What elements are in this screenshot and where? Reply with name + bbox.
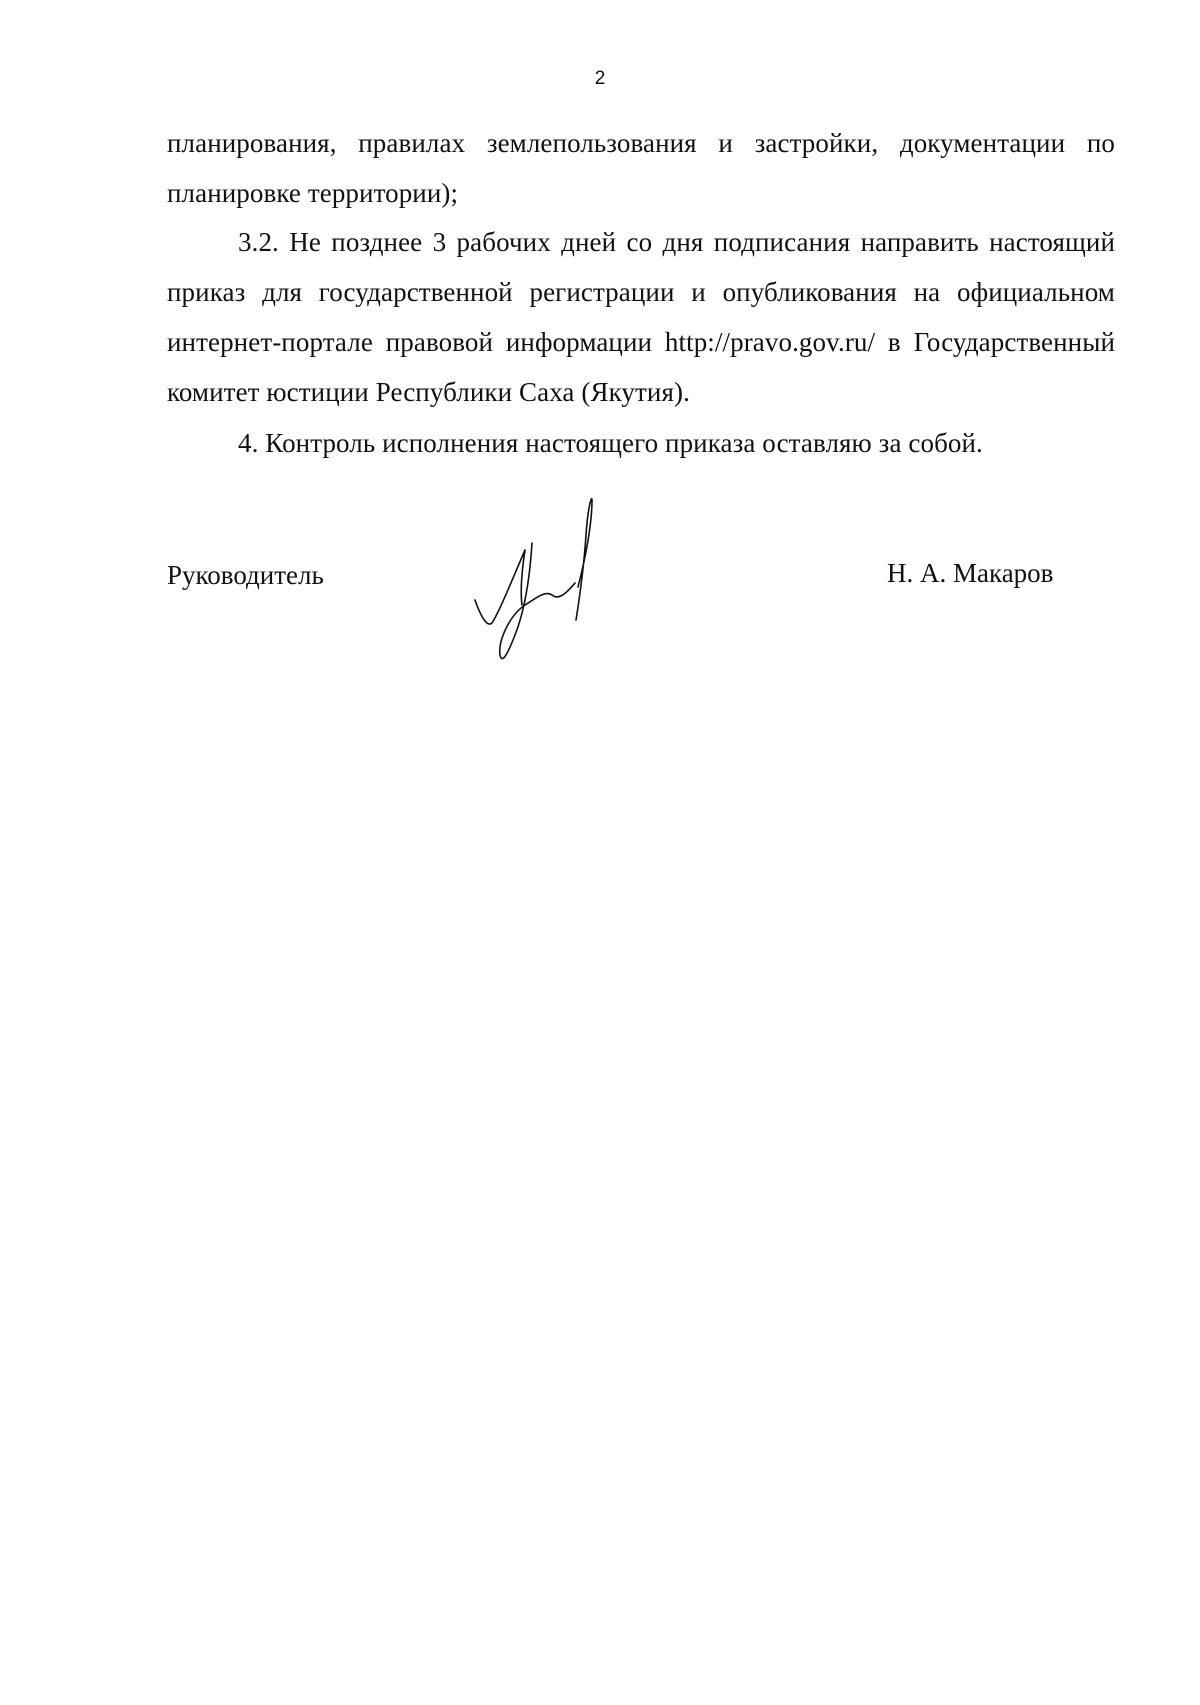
paragraph-item-4: 4. Контроль исполнения настоящего приказ… [238, 418, 1118, 468]
signatory-role: Руководитель [167, 560, 324, 591]
handwritten-signature-icon [470, 495, 640, 675]
paragraph-continuation: планирования, правилах землепользования … [167, 118, 1115, 218]
paragraph-item-3-2: 3.2. Не позднее 3 рабочих дней со дня по… [167, 217, 1115, 417]
signatory-name: Н. А. Макаров [887, 558, 1053, 589]
page-number: 2 [0, 68, 1200, 90]
